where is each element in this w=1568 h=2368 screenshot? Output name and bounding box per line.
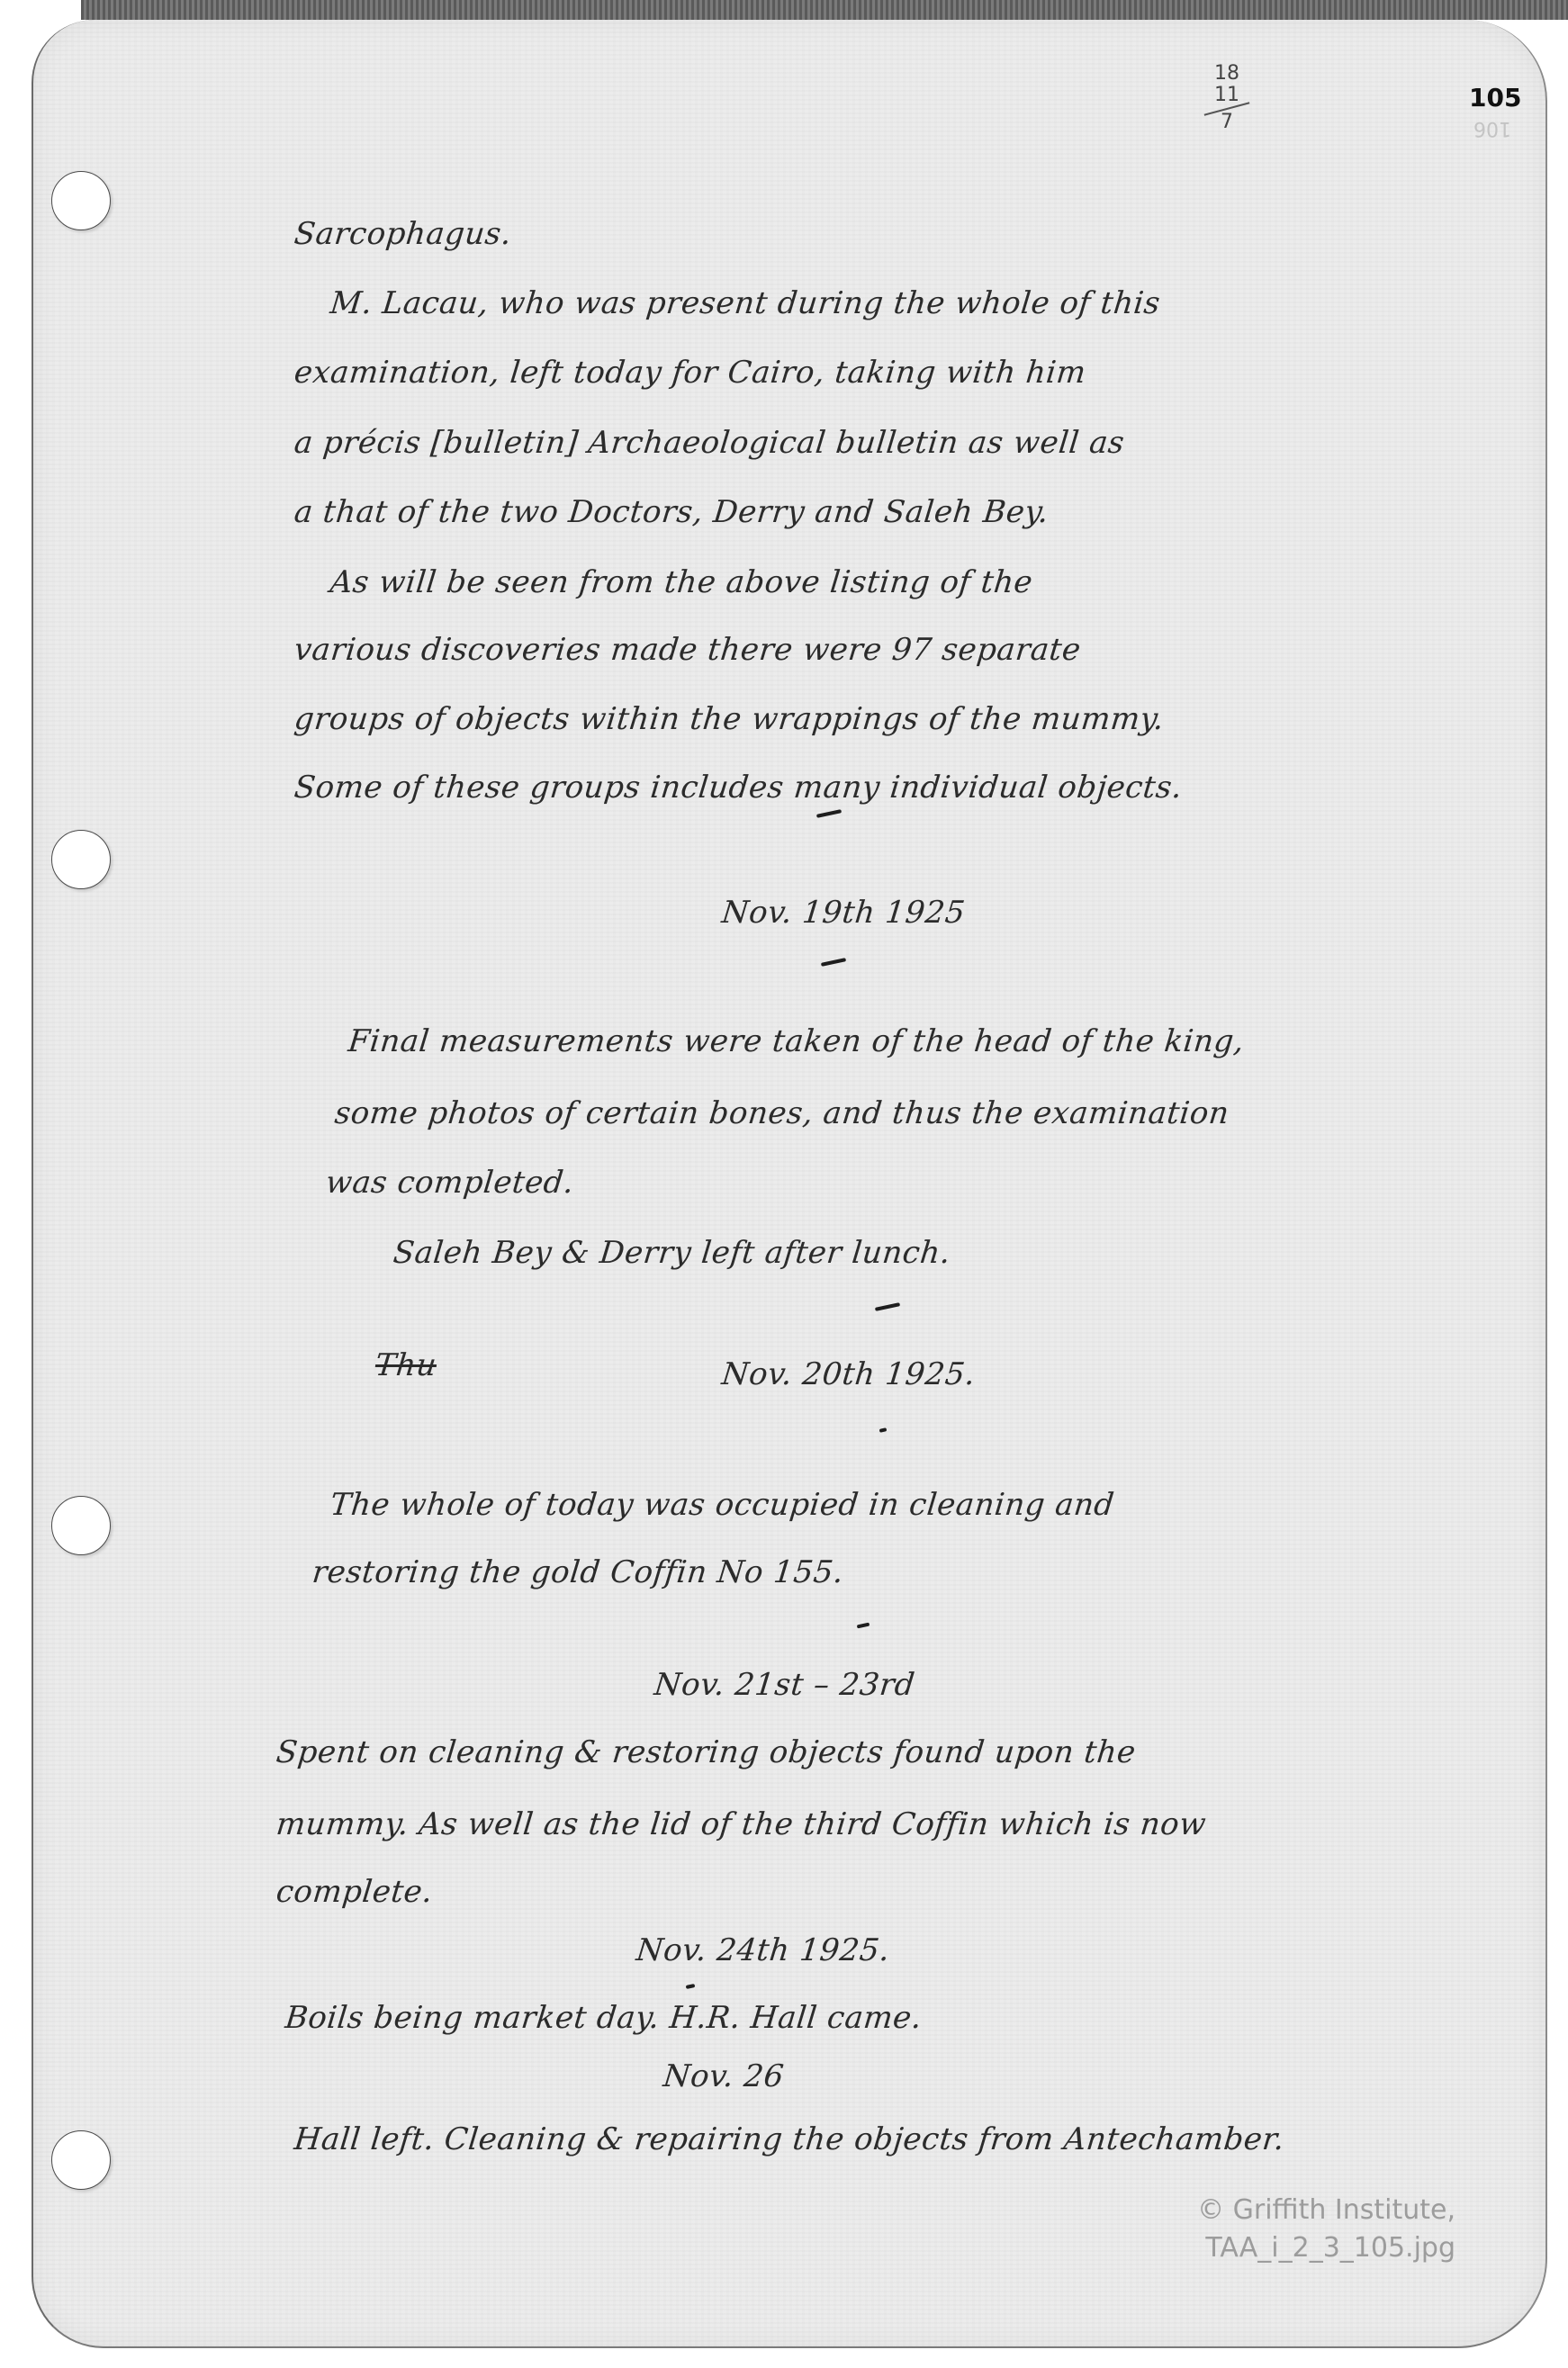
punch-hole (51, 830, 111, 889)
copyright-watermark: © Griffith Institute, TAA_i_2_3_105.jpg (1197, 2192, 1455, 2267)
entry-line: Some of these groups includes many indiv… (293, 770, 1185, 806)
entry-line: M. Lacau, who was present during the who… (329, 285, 1162, 321)
entry-line: The whole of today was occupied in clean… (329, 1487, 1116, 1523)
watermark-line-1: © Griffith Institute, (1197, 2192, 1455, 2229)
entry-line: Sarcophagus. (293, 216, 513, 252)
pencil-ref-middle: 11 (1214, 84, 1239, 106)
entry-date: Nov. 21st – 23rd (653, 1667, 916, 1703)
entry-line: Boils being market day. H.R. Hall came. (284, 2000, 924, 2036)
scanner-background-strip (81, 0, 1568, 20)
entry-date: Nov. 20th 1925. (720, 1356, 978, 1392)
entry-line: mummy. As well as the lid of the third C… (275, 1806, 1208, 1842)
section-dash (686, 1984, 696, 1989)
entry-line: complete. (275, 1874, 435, 1910)
struck-margin-word: Thu (374, 1347, 438, 1383)
old-folio-number: 106 (1473, 117, 1511, 140)
entry-line: Spent on cleaning & restoring objects fo… (275, 1734, 1138, 1770)
entry-line: As will be seen from the above listing o… (329, 564, 1034, 600)
punch-hole (51, 1496, 111, 1555)
entry-date: Nov. 24th 1925. (635, 1932, 892, 1968)
entry-line: various discoveries made there were 97 s… (293, 632, 1083, 668)
entry-line: Hall left. Cleaning & repairing the obje… (293, 2121, 1286, 2157)
punch-hole (51, 171, 111, 230)
entry-line: some photos of certain bones, and thus t… (333, 1095, 1231, 1131)
section-dash (875, 1302, 900, 1311)
pencil-reference: 18 11 7 (1203, 63, 1250, 133)
pencil-ref-bottom: 7 (1221, 111, 1233, 133)
entry-line: Saleh Bey & Derry left after lunch. (392, 1235, 952, 1271)
entry-line: restoring the gold Coffin No 155. (311, 1554, 845, 1590)
watermark-line-2: TAA_i_2_3_105.jpg (1197, 2229, 1455, 2267)
section-dash (857, 1623, 870, 1629)
pencil-ref-top: 18 (1214, 62, 1239, 85)
entry-line: a that of the two Doctors, Derry and Sal… (293, 494, 1050, 530)
journal-page: 18 11 7 105 106 Sarcophagus. M. Lacau, w… (32, 20, 1547, 2348)
entry-line: examination, left today for Cairo, takin… (293, 355, 1088, 391)
section-dash (879, 1427, 888, 1433)
entry-line: a précis [bulletin] Archaeological bulle… (293, 425, 1126, 461)
folio-number: 105 (1469, 83, 1521, 113)
punch-hole (51, 2130, 111, 2190)
section-dash (816, 809, 842, 818)
entry-line: was completed. (324, 1165, 576, 1201)
entry-line: groups of objects within the wrappings o… (293, 701, 1166, 737)
entry-line: Final measurements were taken of the hea… (347, 1023, 1246, 1059)
entry-date: Nov. 26 (662, 2058, 786, 2094)
entry-date: Nov. 19th 1925 (720, 895, 967, 931)
section-dash (821, 958, 846, 967)
